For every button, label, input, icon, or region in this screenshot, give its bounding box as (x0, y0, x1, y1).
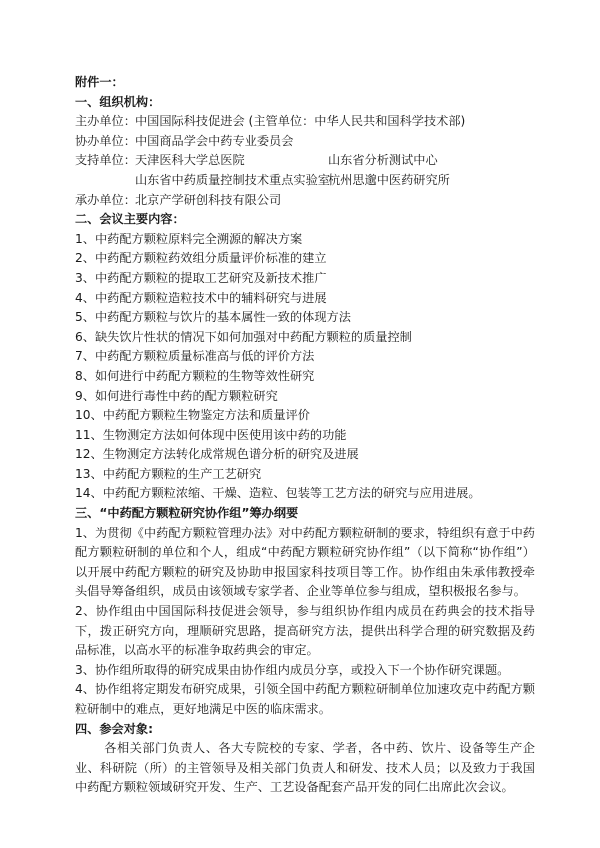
host-unit-label: 主办单位： (75, 112, 135, 132)
content-item: 14、中药配方颗粒浓缩、干燥、造粒、包装等工艺方法的研究与应用进展。 (75, 484, 535, 504)
section3-heading: 三、“中药配方颗粒研究协作组”筹办纲要 (75, 504, 535, 524)
support-unit-1: 天津医科大学总医院 (135, 151, 328, 171)
section3-paragraph-2: 2、协作组由中国国际科技促进会领导，参与组织协作组内成员在药典会的技术指导下，拨… (75, 602, 535, 661)
support-unit-3: 山东省中药质量控制技术重点实验室 (135, 171, 328, 191)
section4-paragraph: 各相关部门负责人、各大专院校的专家、学者，各中药、饮片、设备等生产企业、科研院（… (75, 739, 535, 798)
organizer-unit-label: 承办单位： (75, 191, 135, 211)
content-item: 5、中药配方颗粒与饮片的基本属性一致的体现方法 (75, 308, 535, 328)
support-unit-row-2: 山东省中药质量控制技术重点实验室 杭州思邈中医药研究所 (75, 171, 535, 191)
section3-paragraph-3: 3、协作组所取得的研究成果由协作组内成员分享，或投入下一个协作研究课题。 (75, 661, 535, 681)
support-unit-2: 山东省分析测试中心 (328, 151, 438, 171)
content-item: 7、中药配方颗粒质量标准高与低的评价方法 (75, 347, 535, 367)
content-item: 4、中药配方颗粒造粒技术中的辅料研究与进展 (75, 289, 535, 309)
co-host-unit-value: 中国商品学会中药专业委员会 (135, 132, 293, 152)
organizer-unit-row: 承办单位： 北京产学研创科技有限公司 (75, 191, 535, 211)
section1-heading: 一、组织机构： (75, 93, 535, 113)
content-item: 10、中药配方颗粒生物鉴定方法和质量评价 (75, 406, 535, 426)
content-item: 13、中药配方颗粒的生产工艺研究 (75, 465, 535, 485)
content-item: 8、如何进行中药配方颗粒的生物等效性研究 (75, 367, 535, 387)
host-unit-value: 中国国际科技促进会 (主管单位：中华人民共和国科学技术部) (135, 112, 465, 132)
co-host-unit-row: 协办单位： 中国商品学会中药专业委员会 (75, 132, 535, 152)
content-item: 3、中药配方颗粒的提取工艺研究及新技术推广 (75, 269, 535, 289)
support-unit-row: 支持单位： 天津医科大学总医院 山东省分析测试中心 (75, 151, 535, 171)
section4-heading: 四、参会对象: (75, 720, 535, 740)
support-unit-label: 支持单位： (75, 151, 135, 171)
section2-heading: 二、会议主要内容： (75, 210, 535, 230)
section3-paragraph-4: 4、协作组将定期发布研究成果，引领全国中药配方颗粒研制单位加速攻克中药配方颗粒研… (75, 680, 535, 719)
host-unit-row: 主办单位： 中国国际科技促进会 (主管单位：中华人民共和国科学技术部) (75, 112, 535, 132)
support-unit-4: 杭州思邈中医药研究所 (328, 171, 450, 191)
content-item: 1、中药配方颗粒原料完全溯源的解决方案 (75, 230, 535, 250)
section3-paragraph-1: 1、为贯彻《中药配方颗粒管理办法》对中药配方颗粒研制的要求，特组织有意于中药配方… (75, 524, 535, 602)
co-host-unit-label: 协办单位： (75, 132, 135, 152)
content-item: 2、中药配方颗粒药效组分质量评价标准的建立 (75, 249, 535, 269)
content-item: 11、生物测定方法如何体现中医使用该中药的功能 (75, 426, 535, 446)
organizer-unit-value: 北京产学研创科技有限公司 (135, 191, 281, 211)
content-item: 12、生物测定方法转化成常规色谱分析的研究及进展 (75, 445, 535, 465)
content-item: 6、缺失饮片性状的情况下如何加强对中药配方颗粒的质量控制 (75, 328, 535, 348)
document-page: 附件一： 一、组织机构： 主办单位： 中国国际科技促进会 (主管单位：中华人民共… (75, 73, 535, 798)
content-item: 9、如何进行毒性中药的配方颗粒研究 (75, 387, 535, 407)
attachment-title: 附件一： (75, 73, 535, 93)
